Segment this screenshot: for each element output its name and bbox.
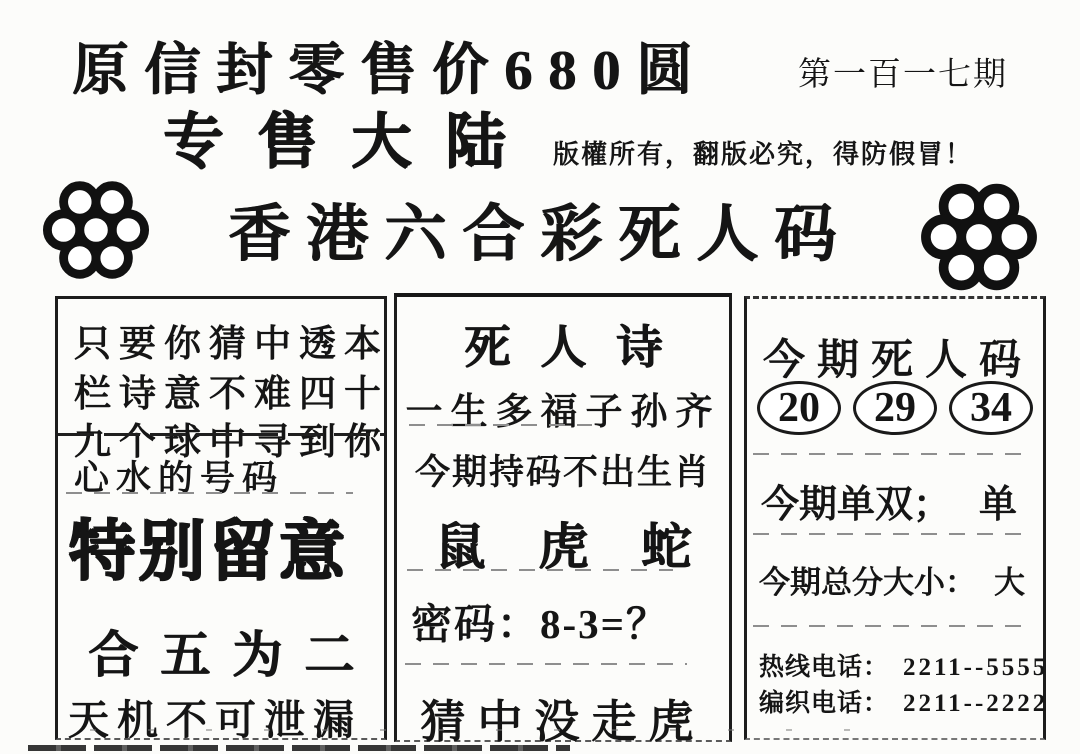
divider-line [753,625,1031,627]
total-size-label: 今期总分大小： [759,565,976,600]
intro-line-2: 栏诗意不难四十 [74,363,389,417]
divider-line [66,492,353,494]
intro-line-1: 只要你猜中透本 [74,313,389,367]
divider-line [58,433,384,436]
hotline-label: 热线电话： [759,654,889,681]
total-size-line: 今期总分大小：大 [759,557,1025,602]
hotline-row: 热线电话：2211--5555 [759,647,1048,683]
divider-line [409,424,592,426]
number-ball: 29 [853,381,937,435]
hint-line-2: 天机不可泄漏 [68,687,362,746]
scan-smear [28,745,570,751]
knit-phone-number: 2211--2222 [903,690,1048,717]
scan-noise [90,729,850,731]
death-number-panel: 今期死人码 20 29 34 今期单双；单 今期总分大小：大 热线电话：2211… [744,296,1046,740]
guess-line: 猜中没走虎 [397,685,729,750]
total-size-value: 大 [994,565,1025,600]
number-ball: 34 [949,381,1033,435]
death-number-title: 今期死人码 [763,327,1033,387]
hint-line-1: 合五为二 [88,615,376,687]
seven-ball-cluster-icon [42,176,150,284]
odd-even-line: 今期单双；单 [761,473,1017,528]
zodiac-note: 今期持码不出生肖 [397,445,729,495]
death-number-row: 20 29 34 [747,381,1043,435]
number-value: 20 [778,384,820,432]
divider-line [407,569,673,571]
death-poem-panel: 死人诗 一生多福子孙齐 今期持码不出生肖 鼠 虎 蛇 密码：8-3=？ 猜中没走… [394,293,732,742]
hotline-number: 2211--5555 [903,654,1048,681]
knit-phone-label: 编织电话： [759,690,889,717]
exclusive-sale-title: 专售大陆 [163,94,539,180]
secret-code-line: 密码：8-3=？ [411,591,669,650]
poem-line: 一生多福子孙齐 [397,381,729,435]
number-value: 29 [874,384,916,432]
special-notice: 特别留意 [68,497,348,592]
main-title: 香港六合彩死人码 [228,184,852,273]
divider-line [753,453,1031,455]
issue-number-label: 第一百一七期 [798,48,1008,95]
odd-even-value: 单 [979,484,1017,526]
copyright-notice: 版權所有，翻版必究，得防假冒！ [553,134,973,171]
left-panel: 只要你猜中透本 栏诗意不难四十 九个球中寻到你 心水的号码 特别留意 合五为二 … [55,296,387,740]
odd-even-label: 今期单双； [761,484,951,526]
number-value: 34 [970,384,1012,432]
death-poem-title: 死人诗 [397,311,729,377]
number-ball: 20 [757,381,841,435]
knit-phone-row: 编织电话：2211--2222 [759,683,1048,719]
divider-line [405,663,687,665]
divider-line [753,533,1031,535]
seven-ball-cluster-icon [920,178,1038,296]
